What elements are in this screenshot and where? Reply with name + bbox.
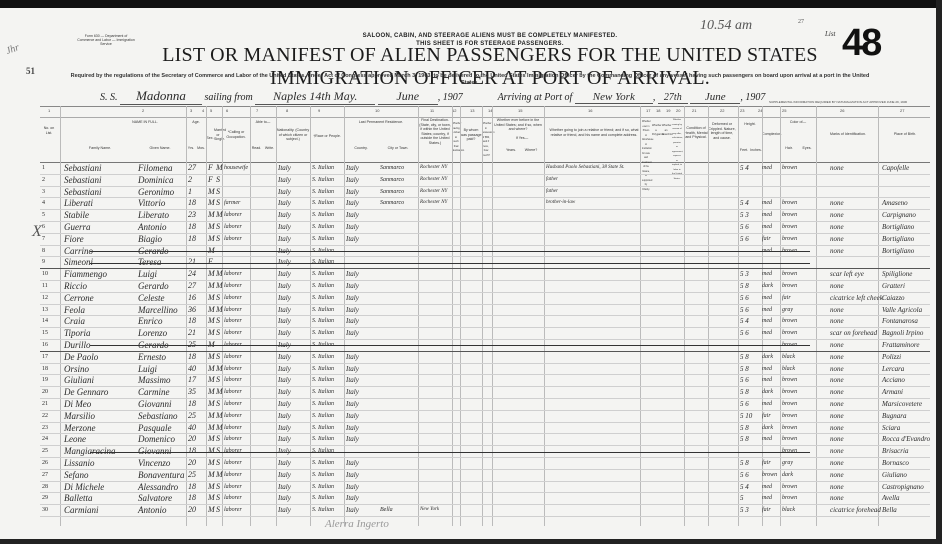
- hair-color: brown: [782, 198, 797, 209]
- given-name: Salvatore: [138, 493, 172, 504]
- table-row: 3 Sebastiani Geronimo 1 M S Italy S. Ita…: [40, 187, 930, 199]
- age: 40: [188, 423, 196, 434]
- race: S. Italian: [312, 434, 334, 445]
- sex: M: [208, 198, 215, 209]
- list-label: List: [825, 30, 836, 38]
- family-name: Sebastiani: [64, 175, 102, 186]
- header-country: Country.: [344, 146, 378, 151]
- place-of-birth: Avella: [882, 493, 900, 504]
- age: 18: [188, 482, 196, 493]
- col-num: 20: [676, 108, 680, 113]
- race: S. Italian: [312, 446, 334, 457]
- residence-country: Italy: [346, 281, 359, 292]
- nationality: Italy: [278, 269, 291, 280]
- race: S. Italian: [312, 316, 334, 327]
- scan-bottom-edge: [0, 539, 942, 544]
- hair-color: black: [782, 352, 795, 363]
- header-feet: Feet.: [738, 148, 750, 153]
- occupation: laborer: [224, 352, 242, 363]
- family-name: Stabile: [64, 210, 89, 221]
- height: 5 8: [740, 387, 749, 398]
- sex: M: [208, 493, 215, 504]
- marital-status: S: [216, 375, 220, 386]
- residence-country: Italy: [346, 234, 359, 245]
- nationality: Italy: [278, 399, 291, 410]
- family-name: Carmiani: [64, 505, 99, 516]
- given-name: Carmine: [138, 387, 170, 398]
- hair-color: brown: [782, 423, 797, 434]
- sex: M: [208, 458, 215, 469]
- place-of-birth: Bella: [882, 505, 897, 516]
- col-num: 22: [720, 108, 724, 113]
- nationality: Italy: [278, 340, 291, 351]
- final-destination: Rochester NY: [420, 163, 447, 174]
- race: S. Italian: [312, 493, 334, 504]
- given-name: Sebastiano: [138, 411, 178, 422]
- given-name: Luigi: [138, 364, 157, 375]
- occupation: laborer: [224, 434, 242, 445]
- age: 18: [188, 352, 196, 363]
- final-destination: Rochester NY: [420, 198, 447, 209]
- marks-of-identification: none: [830, 222, 844, 233]
- line-number: 18: [42, 364, 48, 375]
- header-family-name: Family Name.: [70, 146, 130, 151]
- form-block: Form 630 — Department of Commerce and La…: [76, 34, 136, 46]
- marks-of-identification: scar on forehead: [830, 328, 877, 339]
- height: 5 6: [740, 222, 749, 233]
- table-row: 19 Giuliani Massimo 17 M S laborer Italy…: [40, 375, 930, 387]
- hair-color: brown: [782, 246, 797, 257]
- marital-status: M: [216, 411, 223, 422]
- family-name: Sebastiani: [64, 187, 102, 198]
- family-name: Fiammengo: [64, 269, 107, 280]
- residence-country: Italy: [346, 482, 359, 493]
- sex: M: [208, 434, 215, 445]
- marital-status: M: [216, 305, 223, 316]
- marital-status: M: [216, 163, 223, 174]
- nationality: Italy: [278, 328, 291, 339]
- occupation: laborer: [224, 399, 242, 410]
- nationality: Italy: [278, 364, 291, 375]
- complexion: med: [762, 328, 772, 339]
- complexion: dark: [762, 352, 773, 363]
- residence-country: Italy: [346, 210, 359, 221]
- line-number: 12: [42, 293, 48, 304]
- header-given-name: Given Name.: [136, 146, 184, 151]
- height: 5 6: [740, 375, 749, 386]
- family-name: Craia: [64, 316, 85, 327]
- marks-of-identification: none: [830, 198, 844, 209]
- marks-of-identification: scar left eye: [830, 269, 864, 280]
- age: 18: [188, 222, 196, 233]
- nationality: Italy: [278, 316, 291, 327]
- table-row: 28 Di Michele Alessandro 18 M S laborer …: [40, 482, 930, 494]
- sex: M: [208, 328, 215, 339]
- place-of-birth: Frattaminore: [882, 340, 919, 351]
- final-destination: Rochester NY: [420, 175, 447, 186]
- complexion: med: [762, 364, 772, 375]
- age: 25: [188, 411, 196, 422]
- age: 27: [188, 163, 196, 174]
- place-of-birth: Spiliglione: [882, 269, 912, 280]
- table-row: 23 Merzone Pasquale 40 M M laborer Italy…: [40, 423, 930, 435]
- occupation: laborer: [224, 493, 242, 504]
- given-name: Vincenzo: [138, 458, 170, 469]
- complexion: med: [762, 375, 772, 386]
- race: S. Italian: [312, 505, 334, 516]
- occupation: housewife: [224, 163, 248, 174]
- nationality: Italy: [278, 198, 291, 209]
- col-num: 26: [840, 108, 844, 113]
- hair-color: gray: [782, 305, 793, 316]
- sailing-from: Naples 14th May.: [255, 89, 375, 105]
- marital-status: S: [216, 328, 220, 339]
- family-name: Di Michele: [64, 482, 104, 493]
- place-of-birth: Sciara: [882, 423, 900, 434]
- age: 36: [188, 305, 196, 316]
- sex: F: [208, 163, 213, 174]
- nationality: Italy: [278, 458, 291, 469]
- occupation: laborer: [224, 234, 242, 245]
- nationality: Italy: [278, 375, 291, 386]
- occupation: laborer: [224, 293, 242, 304]
- sex: M: [208, 281, 215, 292]
- age: 20: [188, 505, 196, 516]
- place-of-birth: Gratteri: [882, 281, 905, 292]
- nationality: Italy: [278, 293, 291, 304]
- marks-of-identification: none: [830, 305, 844, 316]
- header-name-in-full: NAME IN FULL.: [100, 120, 190, 125]
- line-number: 9: [42, 257, 45, 268]
- col-num: 8: [286, 108, 288, 113]
- line-number: 16: [42, 340, 48, 351]
- marital-status: S: [216, 458, 220, 469]
- given-name: Geronimo: [138, 187, 174, 198]
- x-mark: X: [32, 223, 42, 241]
- col-num: 17: [646, 108, 650, 113]
- sex: M: [208, 411, 215, 422]
- occupation: laborer: [224, 210, 242, 221]
- occupation: laborer: [224, 340, 242, 351]
- hair-color: brown: [782, 434, 797, 445]
- header-been-before: Whether ever before in the United States…: [492, 118, 544, 132]
- place-of-birth: Acciano: [882, 375, 905, 386]
- age: 24: [188, 269, 196, 280]
- occupation: laborer: [224, 305, 242, 316]
- marital-status: M: [216, 423, 223, 434]
- header-city-town: City or Town.: [378, 146, 418, 151]
- sex: M: [208, 505, 215, 516]
- sex: F: [208, 257, 213, 268]
- given-name: Dominica: [138, 175, 174, 186]
- line-number: 13: [42, 305, 48, 316]
- marks-of-identification: none: [830, 375, 844, 386]
- table-row: 12 Cerrone Celeste 16 M S laborer Italy …: [40, 293, 930, 305]
- place-of-birth: Bortigliano: [882, 234, 914, 245]
- residence-country: Italy: [346, 328, 359, 339]
- occupation: laborer: [224, 387, 242, 398]
- sex: M: [208, 340, 215, 351]
- line-number: 10: [42, 269, 48, 280]
- table-row: 13 Feola Marcellino 36 M M laborer Italy…: [40, 305, 930, 317]
- table-row: 25 Mangiaracina Giovanni 18 M S laborer …: [40, 446, 930, 458]
- passenger-rows: 1 Sebastiani Filomena 27 F M housewife I…: [40, 163, 930, 517]
- complexion: med: [762, 210, 772, 221]
- occupation: farmer: [224, 198, 240, 209]
- occupation: laborer: [224, 328, 242, 339]
- occupation: laborer: [224, 375, 242, 386]
- age: 25: [188, 470, 196, 481]
- manifest-table: 1 2 3 4 5 6 7 8 9 10 11 12 13 14 15 16 1…: [40, 106, 930, 526]
- hair-color: brown: [782, 446, 797, 457]
- sex: M: [208, 399, 215, 410]
- table-row: 22 Marsilio Sebastiano 25 M M laborer It…: [40, 411, 930, 423]
- col-num: 9: [318, 108, 320, 113]
- family-name: Durillo: [64, 340, 91, 351]
- hair-color: brown: [782, 234, 797, 245]
- complexion: med: [762, 434, 772, 445]
- age: 16: [188, 293, 196, 304]
- age: 18: [188, 399, 196, 410]
- nationality: Italy: [278, 175, 291, 186]
- header-last-residence: Last Permanent Residence.: [344, 120, 418, 125]
- height: 5 3: [740, 269, 749, 280]
- marital-status: S: [216, 316, 220, 327]
- header-no-on-list: No. on List.: [40, 126, 58, 135]
- joining-relative: brother-in-law: [546, 198, 575, 209]
- place-of-birth: Caiazzo: [882, 293, 905, 304]
- residence-country: Italy: [346, 198, 359, 209]
- age: 2: [188, 175, 192, 186]
- height: 5 6: [740, 399, 749, 410]
- nationality: Italy: [278, 187, 291, 198]
- marital-status: S: [216, 446, 220, 457]
- family-name: Guerra: [64, 222, 91, 233]
- hair-color: brown: [782, 328, 797, 339]
- hair-color: brown: [782, 387, 797, 398]
- header-yrs: Yrs.: [186, 146, 196, 151]
- marital-status: S: [216, 505, 220, 516]
- residence-city: Sanmarco: [380, 187, 404, 198]
- marks-of-identification: none: [830, 423, 844, 434]
- occupation: laborer: [224, 281, 242, 292]
- place-of-birth: Brisacria: [882, 446, 908, 457]
- age: 17: [188, 375, 196, 386]
- age: 23: [188, 210, 196, 221]
- line-number: 3: [42, 187, 45, 198]
- footer-signature: Alerra Ingerto: [325, 518, 389, 530]
- line-number: 6: [42, 222, 45, 233]
- complexion: fair: [762, 458, 771, 469]
- sex: M: [208, 446, 215, 457]
- nationality: Italy: [278, 387, 291, 398]
- table-row: 1 Sebastiani Filomena 27 F M housewife I…: [40, 163, 930, 175]
- complexion: med: [762, 269, 772, 280]
- hair-color: black: [782, 364, 795, 375]
- table-row: 2 Sebastiani Dominica 2 F S Italy S. Ita…: [40, 175, 930, 187]
- height: 5: [740, 493, 744, 504]
- residence-country: Italy: [346, 411, 359, 422]
- col-num: 4: [202, 108, 204, 113]
- height: 5 6: [740, 293, 749, 304]
- residence-country: Italy: [346, 293, 359, 304]
- residence-country: Italy: [346, 470, 359, 481]
- sex: M: [208, 375, 215, 386]
- hair-color: brown: [782, 281, 797, 292]
- family-name: Mangiaracina: [64, 446, 116, 457]
- marital-status: M: [216, 210, 223, 221]
- col-num: 7: [256, 108, 258, 113]
- sex: M: [208, 482, 215, 493]
- hair-color: brown: [782, 316, 797, 327]
- family-name: De Paolo: [64, 352, 98, 363]
- complexion: med: [762, 222, 772, 233]
- page-subtitle: Required by the regulations of the Secre…: [70, 73, 870, 87]
- marks-of-identification: none: [830, 234, 844, 245]
- marks-of-identification: none: [830, 493, 844, 504]
- family-name: Cerrone: [64, 293, 94, 304]
- nationality: Italy: [278, 305, 291, 316]
- marks-of-identification: none: [830, 246, 844, 257]
- marks-of-identification: none: [830, 482, 844, 493]
- height: 5 6: [740, 305, 749, 316]
- table-row: 10 Fiammengo Luigi 24 M M laborer Italy …: [40, 269, 930, 281]
- header-deformed: Deformed or Crippled. Nature, length of …: [708, 122, 736, 140]
- line-number: 8: [42, 246, 45, 257]
- marks-of-identification: none: [830, 434, 844, 445]
- complexion: brown: [762, 470, 777, 481]
- joining-relative: father: [546, 187, 558, 198]
- col-num: 18: [656, 108, 660, 113]
- family-name: Giuliani: [64, 375, 94, 386]
- given-name: Luigi: [138, 269, 157, 280]
- header-sex: Sex.: [206, 136, 214, 141]
- race: S. Italian: [312, 387, 334, 398]
- marks-of-identification: none: [830, 458, 844, 469]
- complexion: med: [762, 198, 772, 209]
- sex: M: [208, 423, 215, 434]
- age: 18: [188, 234, 196, 245]
- col-num: 16: [588, 108, 592, 113]
- nationality: Italy: [278, 163, 291, 174]
- marital-status: M: [216, 387, 223, 398]
- residence-country: Italy: [346, 434, 359, 445]
- residence-country: Italy: [346, 493, 359, 504]
- line-number: 28: [42, 482, 48, 493]
- residence-country: Italy: [346, 175, 359, 186]
- age: 27: [188, 281, 196, 292]
- complexion: med: [762, 493, 772, 504]
- line-number: 15: [42, 328, 48, 339]
- race: S. Italian: [312, 328, 334, 339]
- nationality: Italy: [278, 482, 291, 493]
- hair-color: brown: [782, 222, 797, 233]
- height: 5 3: [740, 505, 749, 516]
- age: 18: [188, 198, 196, 209]
- marks-of-identification: none: [830, 281, 844, 292]
- height: 5 6: [740, 328, 749, 339]
- scan-right-edge: [936, 0, 942, 544]
- marks-of-identification: cicatrice left cheek: [830, 293, 883, 304]
- header-final-destination: Final Destination. (State, city, or town…: [418, 118, 452, 145]
- time-stamp: 10.54 am: [700, 18, 752, 34]
- family-name: Di Meo: [64, 399, 91, 410]
- header-years: Years.: [502, 148, 520, 153]
- header-read: Read.: [250, 146, 263, 151]
- given-name: Antonio: [138, 222, 167, 233]
- complexion: med: [762, 246, 772, 257]
- occupation: laborer: [224, 316, 242, 327]
- table-row: 4 Liberati Vittorio 18 M S farmer Italy …: [40, 198, 930, 210]
- marks-of-identification: none: [830, 470, 844, 481]
- column-header-row: No. on List. NAME IN FULL. Family Name. …: [40, 116, 930, 163]
- complexion: fair: [762, 411, 771, 422]
- complexion: med: [762, 163, 772, 174]
- race: S. Italian: [312, 375, 334, 386]
- sex: M: [208, 316, 215, 327]
- residence-country: Italy: [346, 269, 359, 280]
- age: 40: [188, 364, 196, 375]
- marital-status: S: [216, 198, 220, 209]
- marital-status: S: [216, 352, 220, 363]
- marital-status: S: [216, 399, 220, 410]
- marital-status: S: [216, 234, 220, 245]
- arriving-label: Arriving at Port of: [498, 92, 573, 103]
- header-color-of: Color of—: [780, 120, 816, 125]
- place-of-birth: Bornasco: [882, 458, 909, 469]
- margin-number: 51: [26, 66, 35, 76]
- line-number: 1: [42, 163, 45, 174]
- marks-of-identification: none: [830, 446, 844, 457]
- family-name: Orsino: [64, 364, 89, 375]
- nationality: Italy: [278, 222, 291, 233]
- place-of-birth: Bugnara: [882, 411, 907, 422]
- sailing-year: 7: [458, 92, 463, 103]
- race: S. Italian: [312, 470, 334, 481]
- given-name: Biagio: [138, 234, 162, 245]
- line-number: 26: [42, 458, 48, 469]
- margin-note: Jhr: [5, 42, 21, 57]
- sailing-year-prefix: , 190: [438, 92, 458, 103]
- header-nationality: Nationality. (Country of which citizen o…: [276, 128, 310, 142]
- height: 5 8: [740, 364, 749, 375]
- col-num: 5: [210, 108, 212, 113]
- marks-of-identification: none: [830, 163, 844, 174]
- age: 18: [188, 316, 196, 327]
- given-name: Giovanni: [138, 399, 172, 410]
- col-num: 13: [470, 108, 474, 113]
- place-of-birth: Capofelle: [882, 163, 909, 174]
- race: S. Italian: [312, 175, 334, 186]
- header-mos: Mos.: [196, 146, 206, 151]
- place-of-birth: Carpignano: [882, 210, 916, 221]
- hair-color: brown: [782, 493, 797, 504]
- header-marks: Marks of Identification.: [818, 132, 878, 137]
- race: S. Italian: [312, 399, 334, 410]
- table-row: 14 Craia Enrico 18 M S laborer Italy S. …: [40, 316, 930, 328]
- family-name: Feola: [64, 305, 85, 316]
- race: S. Italian: [312, 163, 334, 174]
- col-num: 27: [900, 108, 904, 113]
- header-joining: Whether going to join a relative or frie…: [548, 128, 640, 137]
- line-number: 22: [42, 411, 48, 422]
- age: 20: [188, 434, 196, 445]
- residence-city: Bella: [380, 505, 393, 516]
- occupation: laborer: [224, 222, 242, 233]
- line-number: 27: [42, 470, 48, 481]
- race: S. Italian: [312, 187, 334, 198]
- line-number: 5: [42, 210, 45, 221]
